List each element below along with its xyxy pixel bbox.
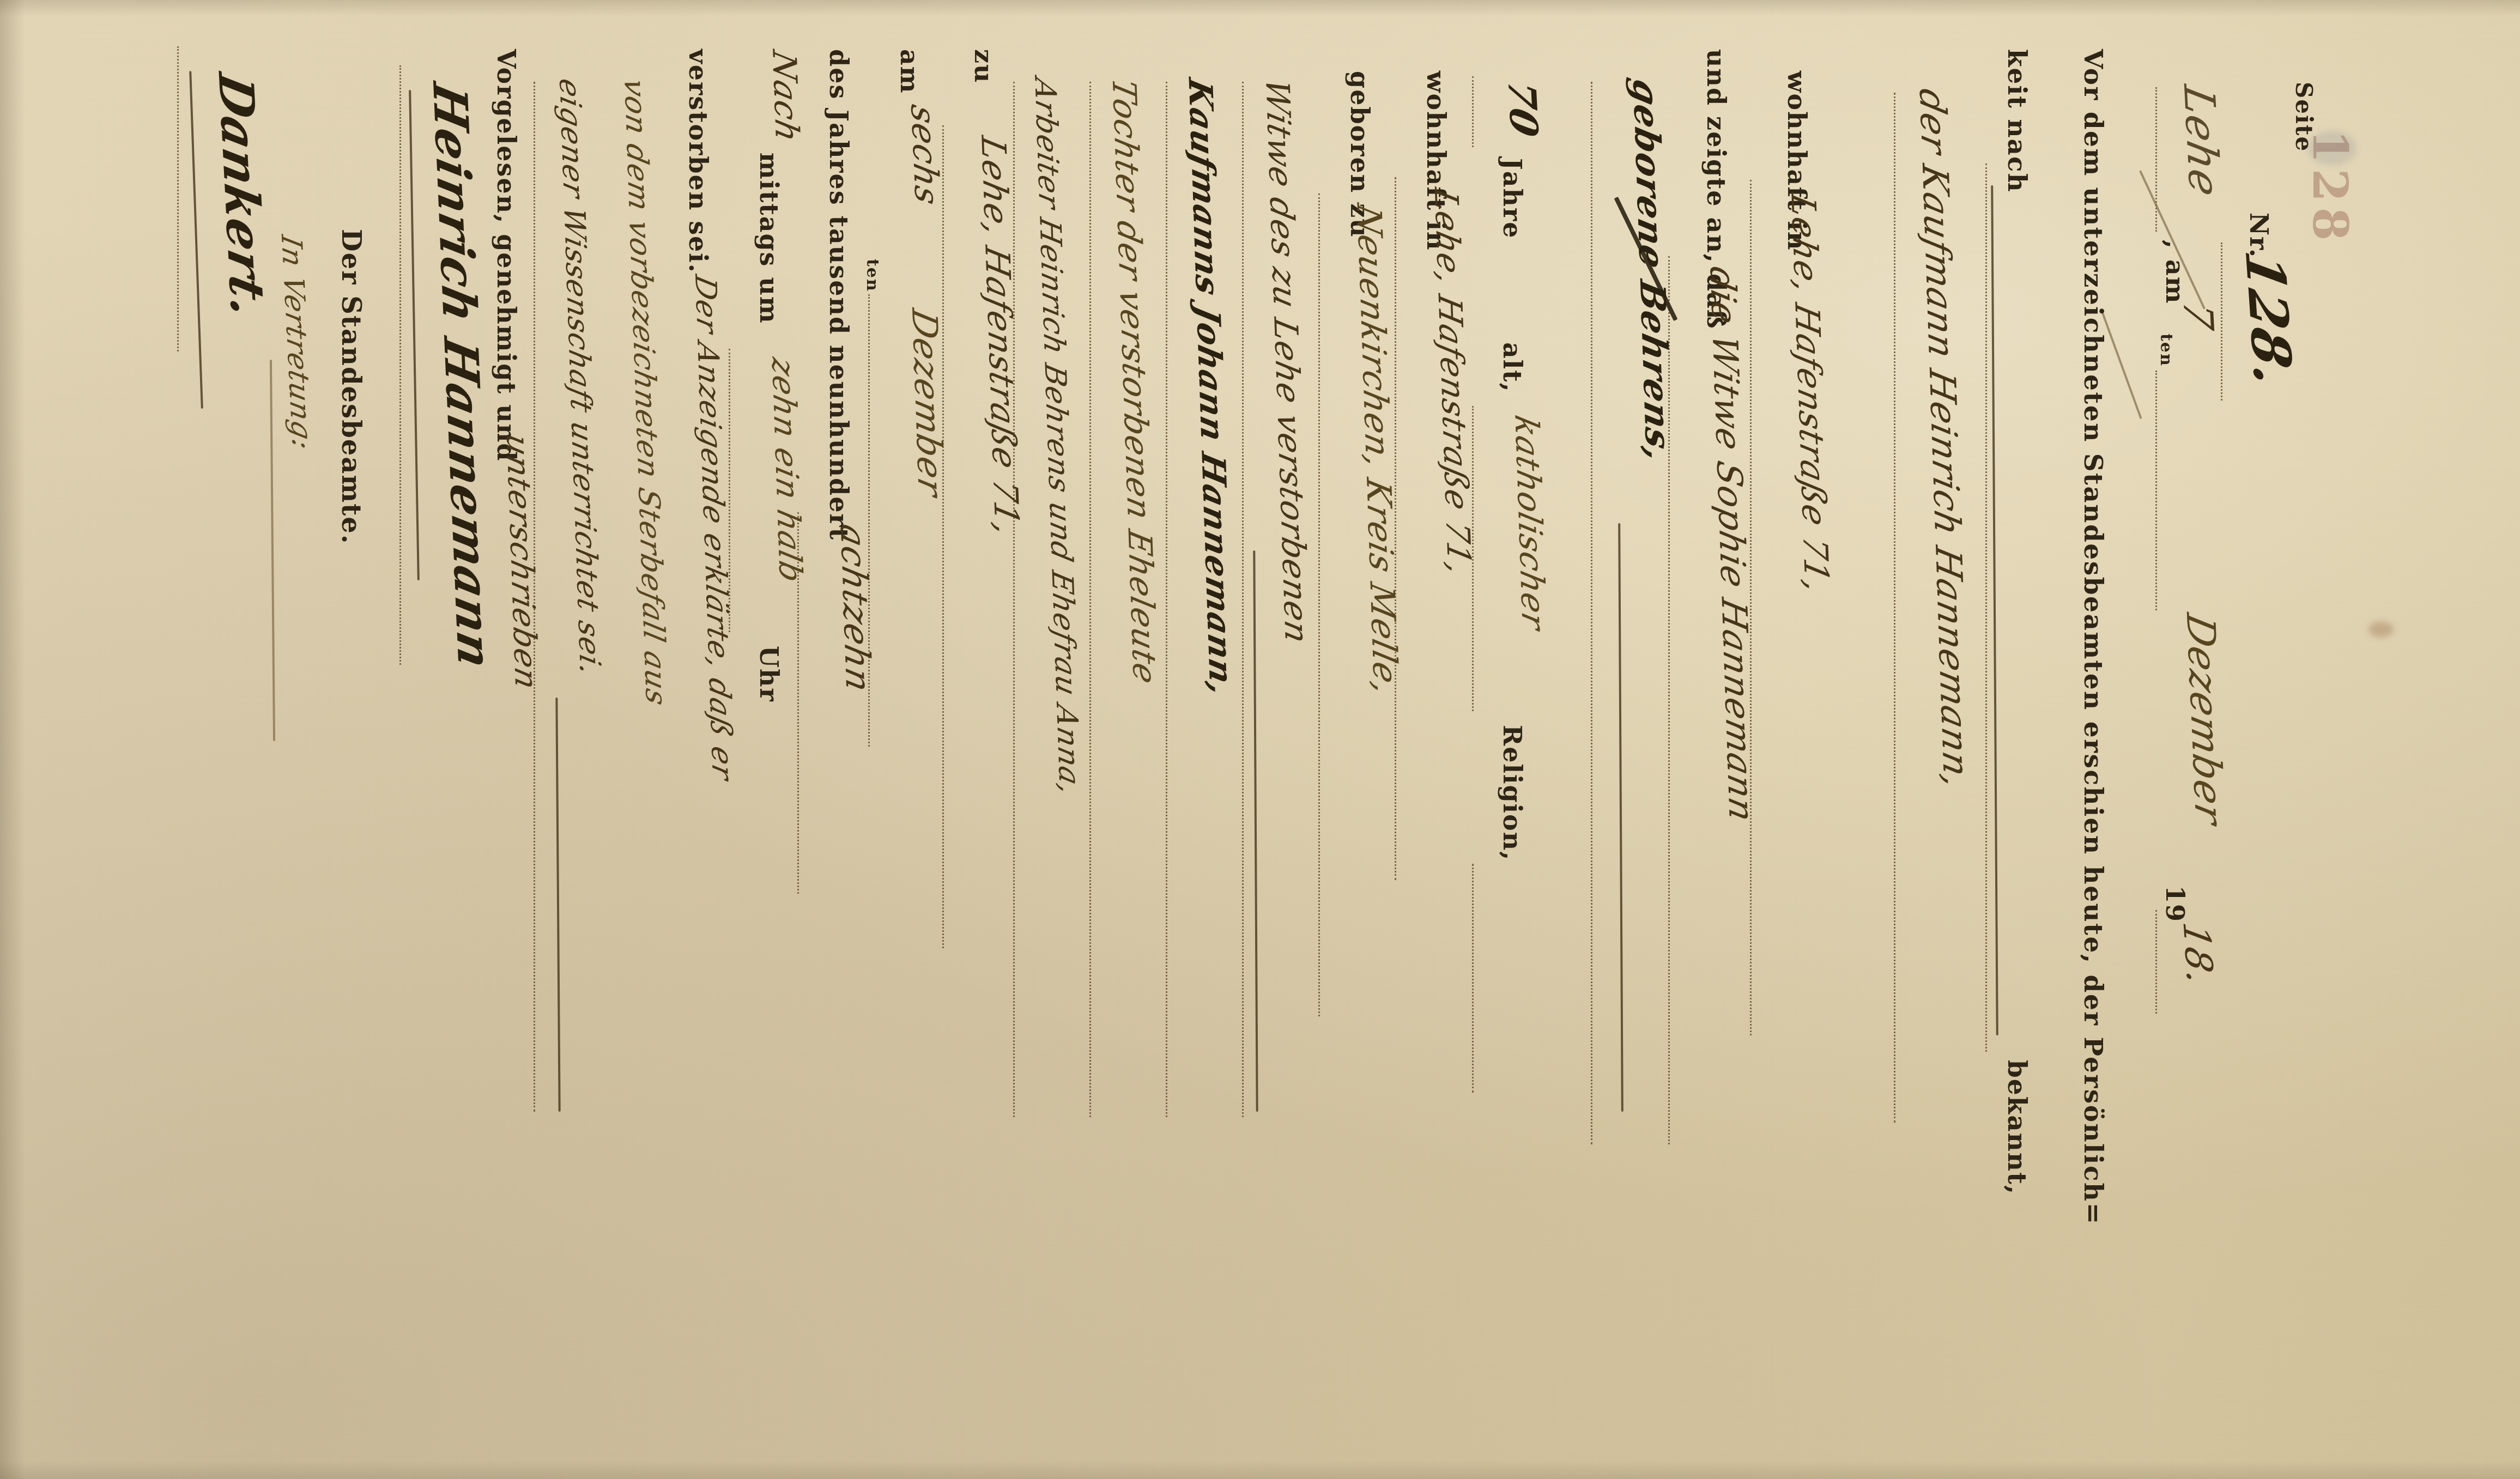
deputy-note: In Vertretung: [275, 233, 318, 453]
age-label: Jahre [1498, 158, 1527, 239]
daytime-entry: Nach [765, 47, 806, 146]
ink-smudge [2307, 131, 2357, 166]
ruled-dots [1472, 76, 1474, 147]
intro-line-2-suffix: bekannt, [2002, 1060, 2032, 1195]
closing-line-2: von dem vorbezeichneten Sterbefall aus [617, 76, 674, 710]
dateline-month: Dezember [2178, 610, 2233, 828]
pen-line-blank-filled [1253, 550, 1258, 1112]
died-label: verstorben sei. [683, 49, 713, 274]
religion-label: Religion, [1498, 725, 1527, 861]
informant-name-entry: der Kaufmann Heinrich Hannemann, [1911, 86, 1977, 793]
death-place-label: zu [969, 49, 998, 84]
status-line: Tochter der verstorbenen Eheleute [1105, 75, 1164, 688]
dateline-day: 7 [2174, 298, 2222, 334]
ruled-dots [1591, 82, 1592, 1144]
read-approved-label: Vorgelesen, genehmigt und [492, 49, 521, 462]
informant-signature: Heinrich Hannemann [422, 78, 502, 674]
registrar-label: Der Standesbeamte. [336, 229, 366, 545]
status-line: Kaufmanns Johann Hannemann, [1180, 75, 1240, 700]
age-entry: 70 [1499, 77, 1547, 141]
ruled-dots [2155, 910, 2157, 1014]
dateline-place: Lehe [2174, 82, 2228, 201]
ruled-dots [1318, 193, 1320, 1016]
dateline-am-label: , am [2160, 240, 2190, 305]
paper-fleck [2368, 621, 2394, 638]
status-line: Witwe des zu Lehe verstorbenen [1258, 75, 1316, 647]
death-place-entry: Lehe, Hafenstraße 71, [973, 133, 1027, 540]
read-approved-entry: unterschrieben [499, 431, 545, 693]
deceased-name-entry-2: geborene Behrens, [1625, 76, 1679, 466]
birthplace-entry: Neuenkirchen, Kreis Melle, [1349, 201, 1406, 699]
closing-line-3: eigener Wissenschaft unterrichtet sei. [553, 76, 608, 679]
death-month-entry: Dezember [904, 306, 950, 501]
deceased-name-entry-1: die Witwe Sophie Hannemann [1701, 263, 1761, 826]
alt-label: alt, [1498, 342, 1527, 393]
dateline-year-printed: 19 [2160, 886, 2190, 923]
ruled-dots [1166, 82, 1167, 1117]
ruled-dots [1242, 82, 1244, 1117]
ruled-dots [942, 125, 944, 948]
signature-underline [189, 71, 203, 409]
year-line-label: des Jahres tausend neunhundert [824, 49, 853, 541]
ruled-dots [1472, 864, 1474, 1093]
record-number-value: 128. [2233, 247, 2305, 392]
ruled-dots [2155, 371, 2157, 610]
pen-line-blank-filled [555, 698, 560, 1112]
pen-line-blank-filled [270, 360, 275, 741]
ruled-dots [1089, 82, 1091, 1117]
intro-line-2-prefix: keit nach [2002, 49, 2032, 193]
ruled-dots [1985, 163, 1987, 1052]
signature-underline [409, 90, 420, 580]
religion-entry: katholischer [1507, 412, 1553, 634]
informant-residence-entry: Lehe, Hafenstraße 71, [1783, 190, 1837, 597]
pen-line-blank-filled [1991, 185, 1998, 1035]
registrar-signature: Dankert. [208, 69, 277, 323]
ruled-dots [177, 46, 179, 351]
deceased-residence-entry: Lehe, Hafenstraße 71, [1427, 185, 1478, 579]
closing-line-1: Der Anzeigende erklärte, daß er [688, 272, 740, 784]
year-line-entry: achtzehn [832, 521, 879, 696]
time-entry: zehn ein halb [765, 355, 809, 586]
pen-line-blank-filled [1618, 523, 1624, 1112]
time-unit-label: Uhr [754, 646, 784, 702]
status-line: Arbeiter Heinrich Behrens und Ehefrau An… [1028, 75, 1087, 799]
death-day-label: am [895, 49, 924, 94]
ruled-dots [1894, 93, 1895, 1123]
scanned-death-register-page: Seite 128 Nr. 128. Lehe , am 7 ten Dezem… [0, 0, 2520, 1479]
death-day-entry: sechs [903, 102, 947, 209]
document-sheet-rotated: Seite 128 Nr. 128. Lehe , am 7 ten Dezem… [0, 0, 2520, 1479]
dateline-ten-label: ten [2156, 334, 2176, 367]
dateline-year-written: 18. [2174, 919, 2221, 989]
death-day-suffix: ten [863, 259, 882, 292]
intro-line-1: Vor dem unterzeichneten Standesbeamten e… [2078, 49, 2108, 1226]
ruled-dots [399, 65, 401, 665]
daytime-label: mittags um [754, 153, 784, 324]
